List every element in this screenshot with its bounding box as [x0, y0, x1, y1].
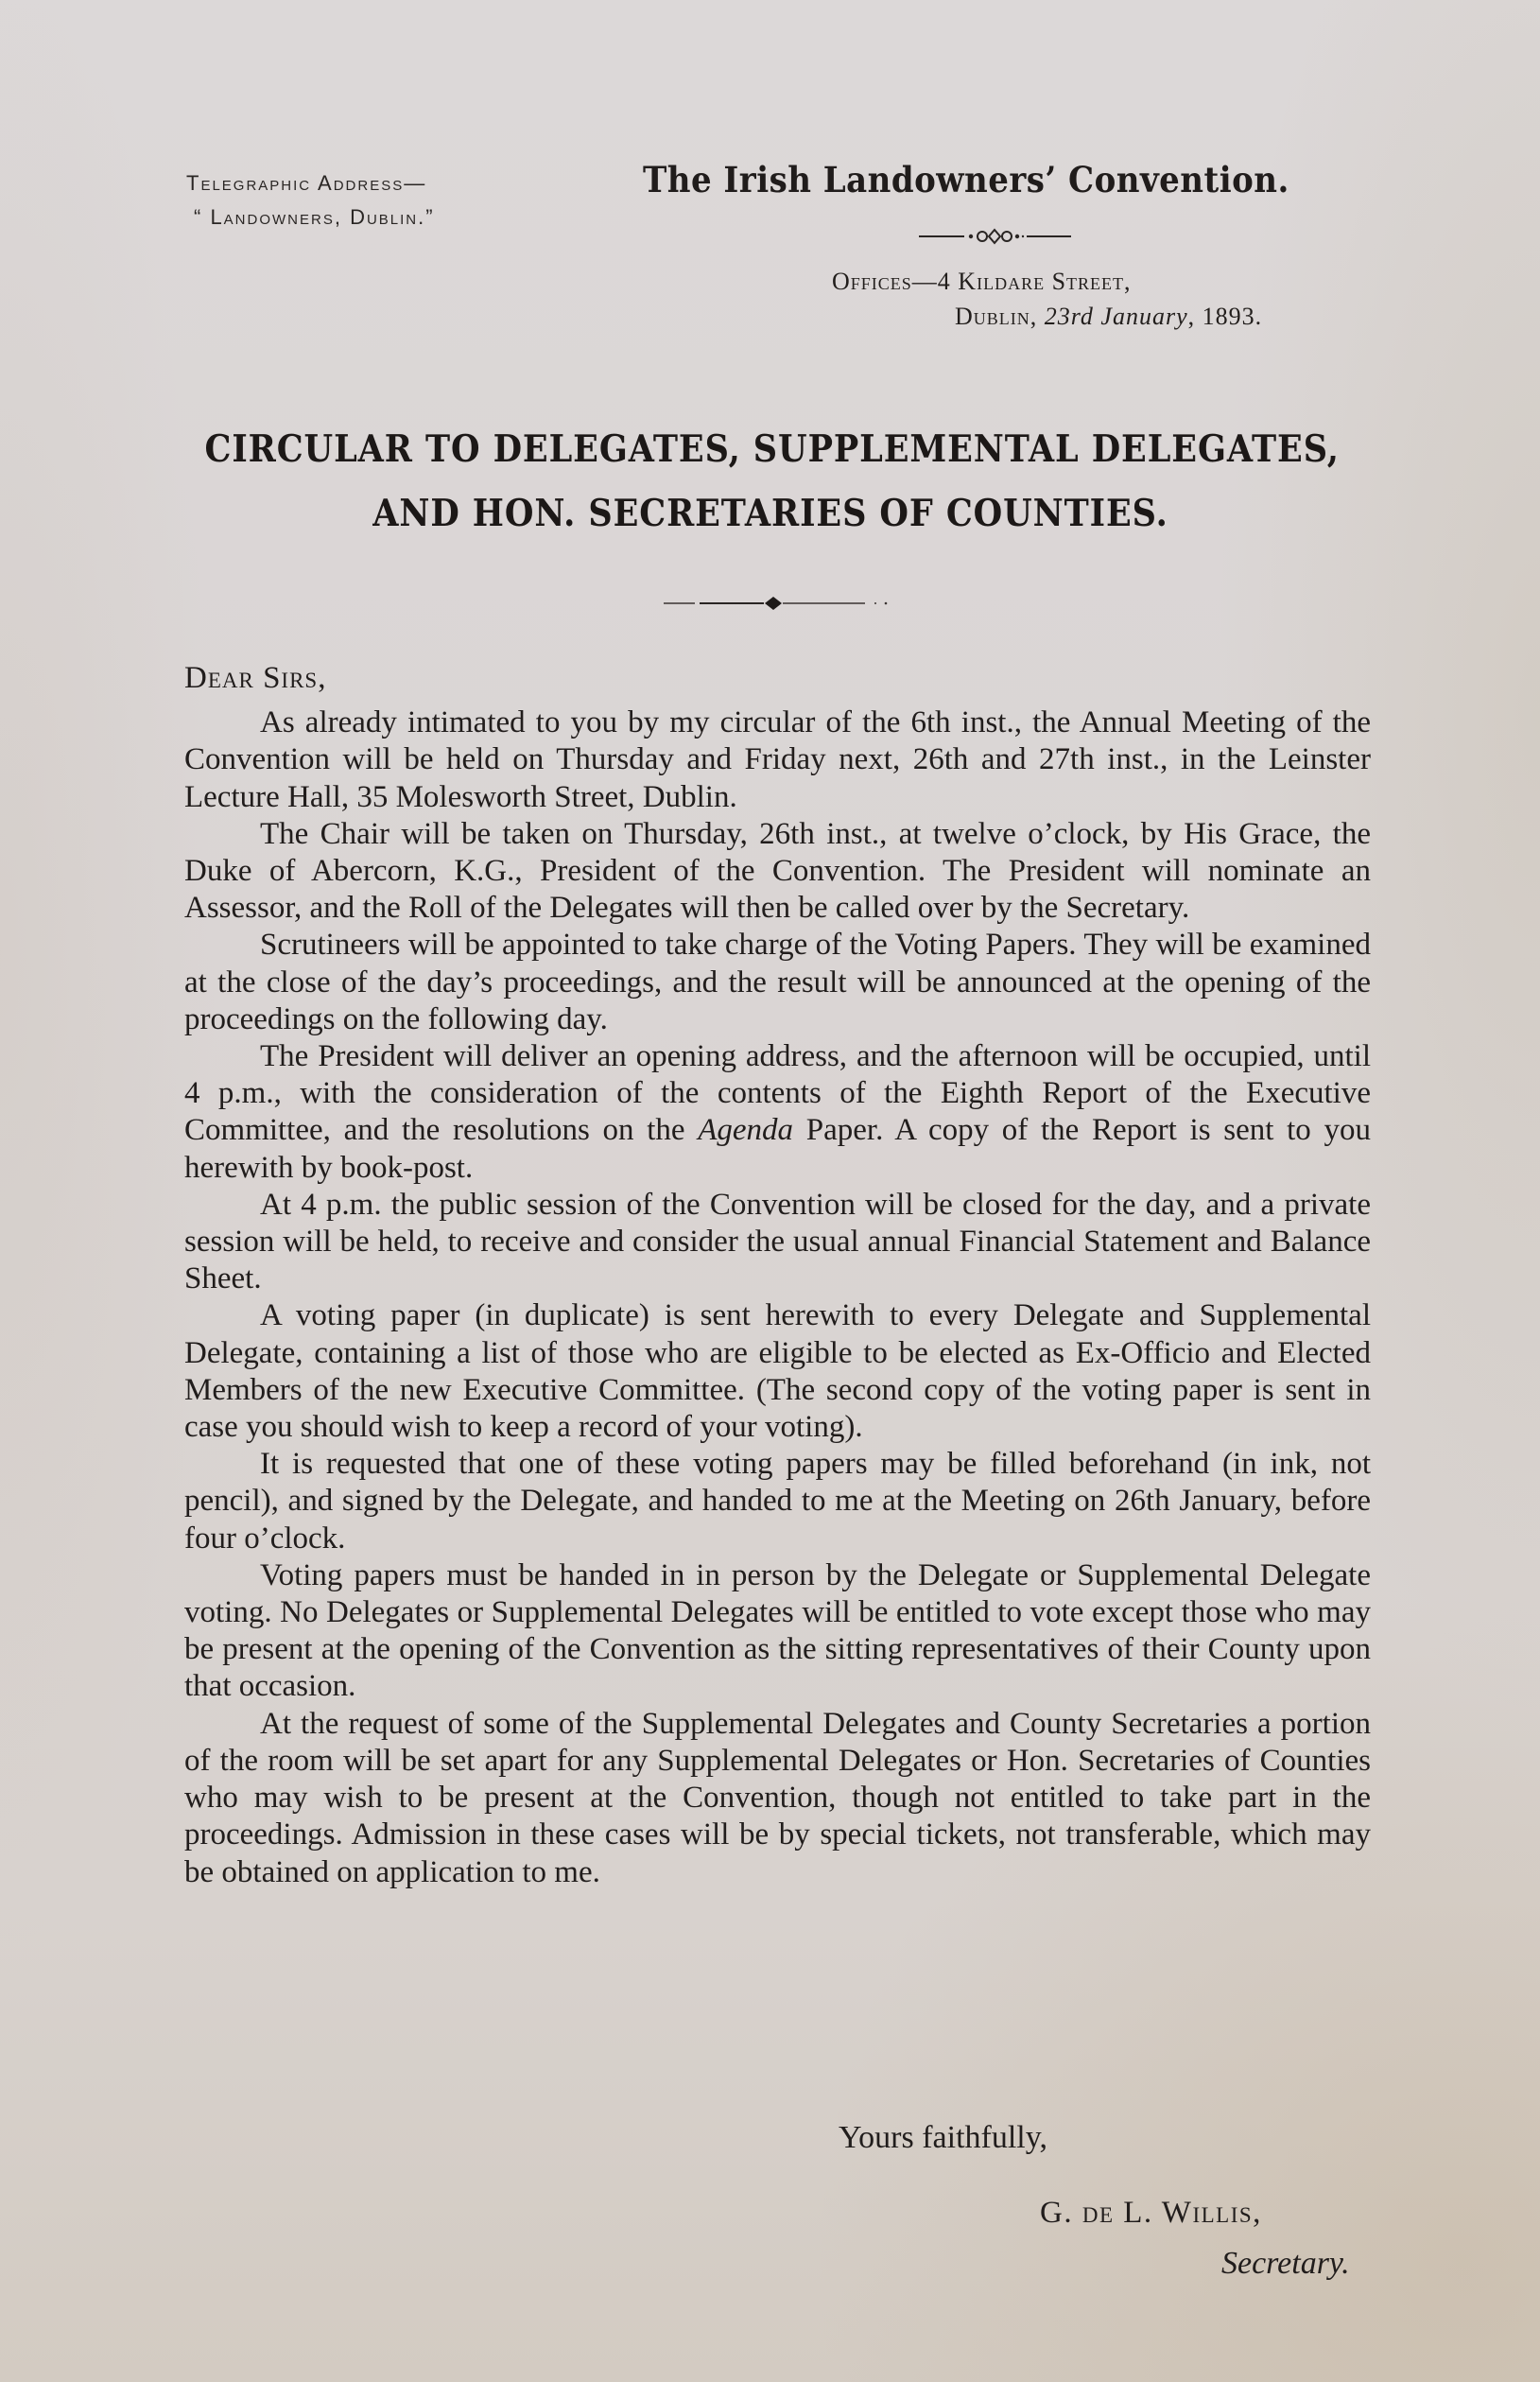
paragraph-admission: At the request of some of the Supplement…	[184, 1706, 1371, 1891]
signature-name-text: G. de L. Willis,	[1040, 2196, 1262, 2230]
paragraph-voting-rules: Voting papers must be handed in in perso…	[184, 1557, 1371, 1706]
paragraph-private-session: At 4 p.m. the public session of the Conv…	[184, 1187, 1371, 1298]
paragraph-president-address: The President will deliver an opening ad…	[184, 1038, 1371, 1187]
telegraphic-label: Telegraphic Address—	[186, 166, 435, 200]
date-text: 23rd January	[1045, 303, 1188, 330]
paragraph-request: It is requested that one of these voting…	[184, 1446, 1371, 1557]
signature-title: Secretary.	[1221, 2246, 1350, 2282]
telegraphic-address: Telegraphic Address— “ Landowners, Dubli…	[186, 166, 435, 235]
salutation: Dear Sirs,	[184, 660, 1371, 697]
ornament-divider-icon	[917, 227, 1073, 246]
letter-body: Dear Sirs, As already intimated to you b…	[184, 660, 1371, 1891]
telegraphic-value: “ Landowners, Dublin.”	[186, 200, 435, 235]
date-city: Dublin,	[955, 303, 1045, 330]
agenda-italic: Agenda	[698, 1113, 793, 1147]
offices-address: Offices—4 Kildare Street,	[832, 263, 1132, 301]
organization-name: The Irish Landowners’ Convention.	[643, 159, 1289, 200]
closing: Yours faithfully,	[839, 2120, 1047, 2156]
offices-text: Offices—4 Kildare Street,	[832, 268, 1132, 295]
circular-title-line-2: AND HON. SECRETARIES OF COUNTIES.	[205, 492, 1337, 535]
signature-name: G. de L. Willis,	[1040, 2196, 1262, 2231]
paragraph-meeting-notice: As already intimated to you by my circul…	[184, 704, 1371, 816]
diamond-rule-icon	[652, 594, 898, 613]
dateline: Dublin, 23rd January, 1893.	[955, 303, 1262, 331]
paragraph-voting-paper: A voting paper (in duplicate) is sent he…	[184, 1297, 1371, 1446]
paragraph-scrutineers: Scrutineers will be appointed to take ch…	[184, 927, 1371, 1038]
date-year: , 1893.	[1188, 303, 1263, 330]
paragraph-chair: The Chair will be taken on Thursday, 26t…	[184, 816, 1371, 928]
circular-title-line-1: CIRCULAR TO DELEGATES, SUPPLEMENTAL DELE…	[205, 427, 1337, 471]
